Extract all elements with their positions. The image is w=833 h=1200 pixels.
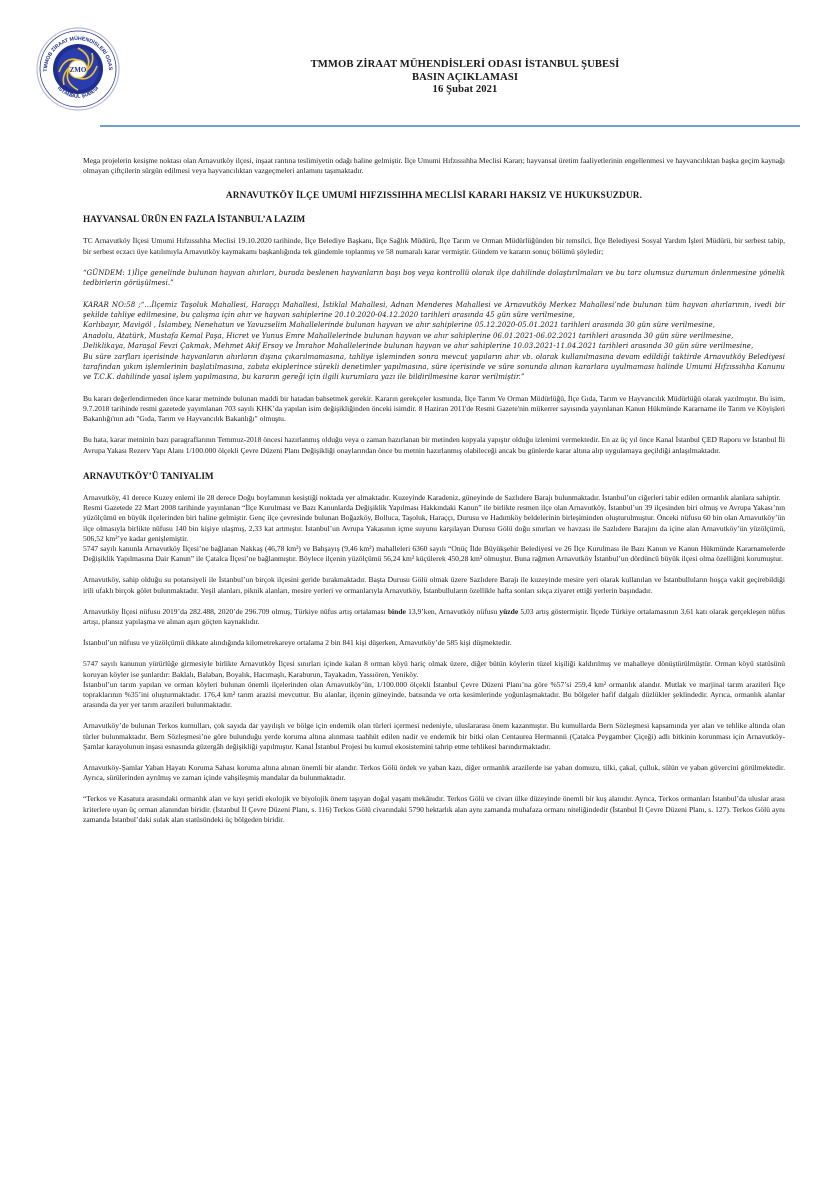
emphasis-yuzde: yüzde bbox=[499, 607, 518, 616]
section2-paragraph-1c: 5747 sayılı kanunla Arnavutköy İlçesi’ne… bbox=[83, 544, 785, 564]
header-divider bbox=[100, 125, 800, 127]
document-body: Mega projelerin kesişme noktası olan Arn… bbox=[83, 156, 785, 825]
section2-paragraph-6: Arnavutköy’de bulunan Terkos kumulları, … bbox=[83, 721, 785, 752]
karar-line: KARAR NO:58 ;“…İlçemiz Taşoluk Mahallesi… bbox=[83, 300, 785, 321]
main-title: ARNAVUTKÖY İLÇE UMUMİ HIFZISSIHHA MECLİS… bbox=[83, 190, 785, 202]
section2-paragraph-4: İstanbul’un nüfusu ve yüzölçümü dikkate … bbox=[83, 638, 785, 648]
section2-paragraph-1a: Arnavutköy, 41 derece Kuzey enlemi ile 2… bbox=[83, 493, 785, 503]
intro-paragraph: Mega projelerin kesişme noktası olan Arn… bbox=[83, 156, 785, 176]
zmo-emblem-icon: ZMO TMMOB ZİRAAT MÜHENDİSLERİ ODASI İSTA… bbox=[35, 26, 121, 112]
section2-paragraph-3: Arnavutköy İlçesi nüfusu 2019’da 282.488… bbox=[83, 607, 785, 627]
section1-paragraph-3: Bu hata, karar metninin bazı paragraflar… bbox=[83, 435, 785, 455]
section2-paragraph-1b: Resmi Gazetede 22 Mart 2008 tarihinde ya… bbox=[83, 503, 785, 544]
karar-line: Bu süre zarfları içerisinde hayvanların … bbox=[83, 352, 785, 383]
section2-paragraph-5b: İstanbul’un tarım yapılan ve orman köyle… bbox=[83, 680, 785, 711]
karar-line: Karlıbayır, Mavigöl , İslambey, Nenehatu… bbox=[83, 320, 785, 330]
document-date: 16 Şubat 2021 bbox=[200, 84, 730, 97]
gundem-quote: “GÜNDEM: 1)İlçe genelinde bulunan hayvan… bbox=[83, 268, 785, 289]
document-type: BASIN AÇIKLAMASI bbox=[200, 72, 730, 85]
section2-paragraph-8: “Terkos ve Kasatura arasındaki ormanlık … bbox=[83, 794, 785, 825]
section2-paragraph-5a: 5747 sayılı kanunun yürürlüğe girmesiyle… bbox=[83, 659, 785, 679]
karar-line: Anadolu, Atatürk, Mustafa Kemal Paşa, Hi… bbox=[83, 331, 785, 341]
karar-line: Deliklikaya, Maraşal Fevzi Çakmak, Mehme… bbox=[83, 341, 785, 351]
document-header: TMMOB ZİRAAT MÜHENDİSLERİ ODASI İSTANBUL… bbox=[200, 59, 730, 97]
karar-quote: KARAR NO:58 ;“…İlçemiz Taşoluk Mahallesi… bbox=[83, 300, 785, 383]
section2-paragraph-7: Arnavutköy-Şamlar Yaban Hayatı Koruma Sa… bbox=[83, 763, 785, 783]
section2-paragraph-2: Arnavutköy, sahip olduğu su potansiyeli … bbox=[83, 575, 785, 595]
section1-paragraph-1: TC Arnavutköy İlçesi Umumi Hıfzıssıhha M… bbox=[83, 236, 785, 256]
emphasis-binde: binde bbox=[388, 607, 406, 616]
organization-name: TMMOB ZİRAAT MÜHENDİSLERİ ODASI İSTANBUL… bbox=[200, 59, 730, 72]
press-release-page: ZMO TMMOB ZİRAAT MÜHENDİSLERİ ODASI İSTA… bbox=[0, 0, 833, 1200]
section-heading-arnavutkoy: ARNAVUTKÖY’Ü TANIYALIM bbox=[83, 470, 785, 482]
section-heading-hayvansal: HAYVANSAL ÜRÜN EN FAZLA İSTANBUL’A LAZIM bbox=[83, 213, 785, 225]
svg-text:ZMO: ZMO bbox=[70, 66, 87, 74]
section1-paragraph-2: Bu kararı değerlendirmeden önce karar me… bbox=[83, 394, 785, 425]
zmo-logo: ZMO TMMOB ZİRAAT MÜHENDİSLERİ ODASI İSTA… bbox=[35, 26, 121, 112]
